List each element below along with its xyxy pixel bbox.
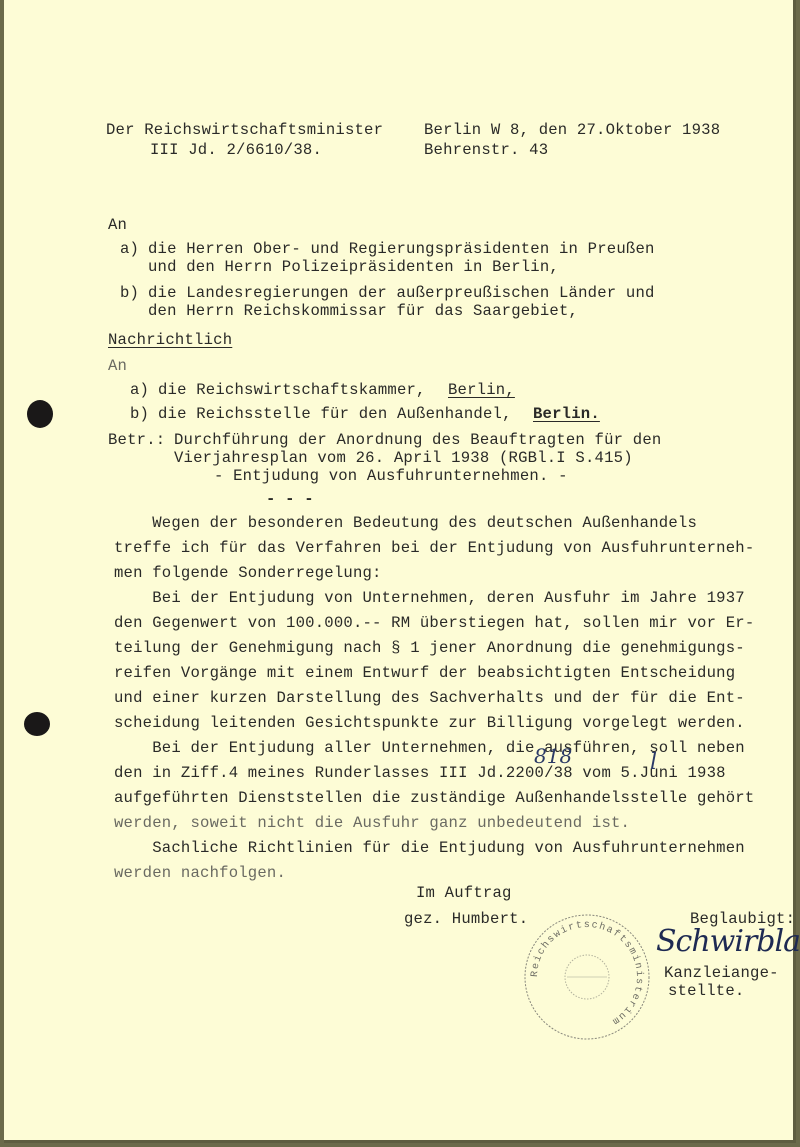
subject-line3: - Entjudung von Ausfuhrunternehmen. - (214, 467, 568, 485)
copy-b-text: die Reichsstelle für den Außenhandel, (158, 405, 512, 423)
recipient-b-label: b) (120, 284, 139, 302)
handwritten-correction-reference: 818 (534, 744, 572, 768)
street-address: Behrenstr. 43 (424, 141, 548, 159)
punch-hole-top (27, 400, 53, 428)
recipient-a-line1: die Herren Ober- und Regierungspräsident… (148, 240, 655, 258)
stamp-seal-icon: Reichswirtschaftsministerium (522, 912, 652, 1042)
reference-number: III Jd. 2/6610/38. (150, 141, 322, 159)
body-line-4: Bei der Entjudung von Unternehmen, deren… (114, 589, 745, 607)
body-line-12: aufgeführten Dienststellen die zuständig… (114, 789, 754, 807)
official-stamp: Reichswirtschaftsministerium (522, 912, 652, 1042)
place-and-date: Berlin W 8, den 27.Oktober 1938 (424, 121, 720, 139)
subject-line2: Vierjahresplan vom 26. April 1938 (RGBl.… (174, 449, 633, 467)
body-line-11: den in Ziff.4 meines Runderlasses III Jd… (114, 764, 726, 782)
official-title-line2: stellte. (668, 982, 744, 1000)
handwritten-correction-month: l (650, 750, 657, 775)
body-line-5: den Gegenwert von 100.000.-- RM überstie… (114, 614, 754, 632)
recipients-intro: An (108, 216, 127, 234)
body-line-13: werden, soweit nicht die Ausfuhr ganz un… (114, 814, 630, 832)
body-line-6: teilung der Genehmigung nach § 1 jener A… (114, 639, 745, 657)
copy-a-text: die Reichswirtschaftskammer, (158, 381, 426, 399)
subject-line1: Durchführung der Anordnung des Beauftrag… (174, 431, 661, 449)
recipient-a-label: a) (120, 240, 139, 258)
body-line-1: Wegen der besonderen Bedeutung des deuts… (114, 514, 697, 532)
subject-label: Betr.: (108, 431, 165, 449)
copy-a-label: a) (130, 381, 149, 399)
handwritten-signature: Schwirblat (656, 924, 800, 959)
document-page: Der Reichswirtschaftsminister III Jd. 2/… (4, 0, 796, 1143)
copy-b-city: Berlin. (533, 405, 600, 423)
copy-a-city: Berlin, (448, 381, 515, 399)
subject-separator: - - - (266, 490, 314, 508)
punch-hole-bottom (24, 712, 50, 736)
body-line-14: Sachliche Richtlinien für die Entjudung … (114, 839, 745, 857)
body-line-9: scheidung leitenden Gesichtspunkte zur B… (114, 714, 745, 732)
body-line-3: men folgende Sonderregelung: (114, 564, 382, 582)
recipient-b-line2: den Herrn Reichskommissar für das Saarge… (148, 302, 578, 320)
closing-on-behalf: Im Auftrag (416, 884, 512, 902)
recipient-a-line2: und den Herrn Polizeipräsidenten in Berl… (148, 258, 559, 276)
closing-signed-by: gez. Humbert. (404, 910, 528, 928)
body-line-7: reifen Vorgänge mit einem Entwurf der be… (114, 664, 735, 682)
copy-b-label: b) (130, 405, 149, 423)
official-title-line1: Kanzleiange- (664, 964, 779, 982)
copy-to-heading: Nachrichtlich (108, 331, 232, 349)
body-line-8: und einer kurzen Darstellung des Sachver… (114, 689, 745, 707)
sender-name: Der Reichswirtschaftsminister (106, 121, 383, 139)
recipient-b-line1: die Landesregierungen der außerpreußisch… (148, 284, 655, 302)
copy-to-intro: An (108, 357, 127, 375)
svg-text:Reichswirtschaftsministerium: Reichswirtschaftsministerium (530, 920, 645, 1027)
body-line-15: werden nachfolgen. (114, 864, 286, 882)
body-line-2: treffe ich für das Verfahren bei der Ent… (114, 539, 754, 557)
